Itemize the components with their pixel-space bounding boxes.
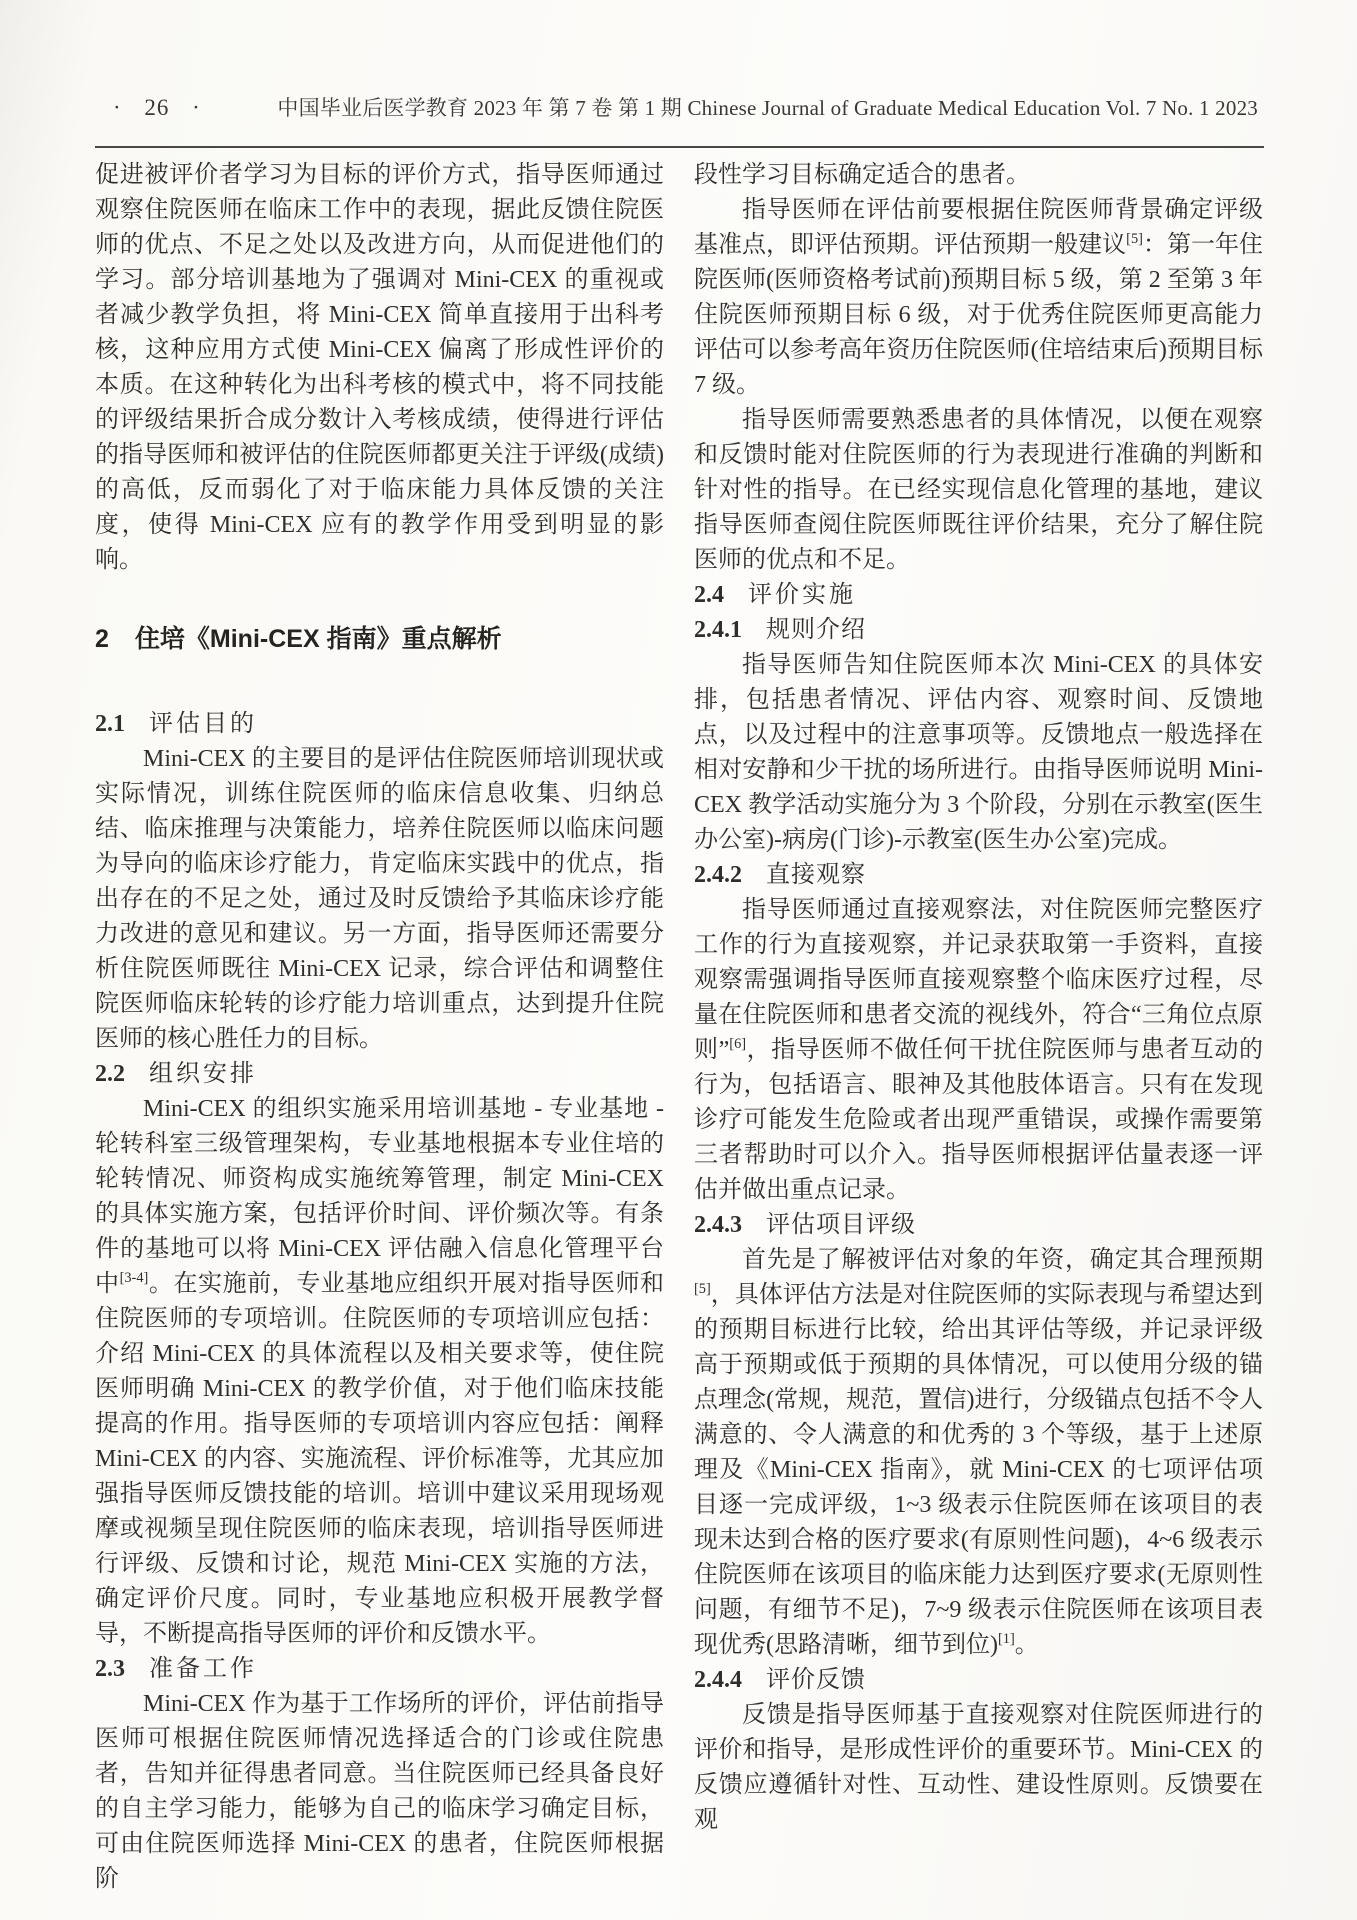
section-number: 2.4 [694, 582, 724, 608]
section-heading: 2.2组织安排 [95, 1057, 664, 1092]
section-heading: 2.3准备工作 [95, 1652, 664, 1687]
section-heading: 2.4.4评价反馈 [694, 1663, 1263, 1698]
paragraph: Mini-CEX 作为基于工作场所的评价，评估前指导医师可根据住院医师情况选择适… [95, 1687, 664, 1897]
paragraph: 首先是了解被评估对象的年资，确定其合理预期[5]，具体评估方法是对住院医师的实际… [694, 1243, 1263, 1663]
section-title: 评价反馈 [766, 1667, 866, 1693]
section-title: 住培《Mini-CEX 指南》重点解析 [135, 625, 502, 653]
column-left: 促进被评价者学习为目标的评价方式，指导医师通过观察住院医师在临床工作中的表现，据… [95, 158, 664, 1897]
citation-superscript: [5] [694, 1281, 711, 1297]
section-number: 2.1 [95, 711, 125, 737]
column-right: 段性学习目标确定适合的患者。指导医师在评估前要根据住院医师背景确定评级基准点，即… [694, 158, 1263, 1897]
section-title: 准备工作 [149, 1656, 257, 1682]
citation-superscript: [5] [1126, 231, 1143, 247]
section-heading: 2.4.3评估项目评级 [694, 1208, 1263, 1243]
section-number: 2.2 [95, 1061, 125, 1087]
section-number: 2.4.4 [694, 1667, 742, 1693]
section-heading: 2.1评估目的 [95, 707, 664, 742]
section-heading: 2.4.2直接观察 [694, 858, 1263, 893]
section-title: 评估目的 [149, 711, 257, 737]
section-title: 评估项目评级 [766, 1212, 916, 1238]
section-heading: 2住培《Mini-CEX 指南》重点解析 [95, 622, 664, 657]
paragraph: 段性学习目标确定适合的患者。 [694, 158, 1263, 193]
journal-title: 中国毕业后医学教育 2023 年 第 7 卷 第 1 期 Chinese Jou… [201, 92, 1262, 122]
section-number: 2 [95, 625, 109, 653]
page-header: · 26 · 中国毕业后医学教育 2023 年 第 7 卷 第 1 期 Chin… [95, 92, 1262, 122]
section-number: 2.4.3 [694, 1212, 742, 1238]
article-body: 促进被评价者学习为目标的评价方式，指导医师通过观察住院医师在临床工作中的表现，据… [95, 158, 1263, 1897]
section-number: 2.3 [95, 1656, 125, 1682]
citation-superscript: [1] [998, 1631, 1015, 1647]
page-number: · 26 · [113, 95, 201, 121]
section-number: 2.4.1 [694, 617, 742, 643]
section-title: 规则介绍 [766, 617, 866, 643]
paragraph: 促进被评价者学习为目标的评价方式，指导医师通过观察住院医师在临床工作中的表现，据… [95, 158, 664, 578]
section-title: 直接观察 [766, 862, 866, 888]
paragraph: Mini-CEX 的主要目的是评估住院医师培训现状或实际情况，训练住院医师的临床… [95, 742, 664, 1057]
section-heading: 2.4评价实施 [694, 578, 1263, 613]
section-title: 评价实施 [748, 582, 856, 608]
paragraph: 指导医师在评估前要根据住院医师背景确定评级基准点，即评估预期。评估预期一般建议[… [694, 193, 1263, 403]
paragraph: 指导医师通过直接观察法，对住院医师完整医疗工作的行为直接观察，并记录获取第一手资… [694, 893, 1263, 1208]
journal-page: · 26 · 中国毕业后医学教育 2023 年 第 7 卷 第 1 期 Chin… [0, 0, 1357, 1920]
section-number: 2.4.2 [694, 862, 742, 888]
paragraph: 指导医师需要熟悉患者的具体情况，以便在观察和反馈时能对住院医师的行为表现进行准确… [694, 403, 1263, 578]
paragraph: 反馈是指导医师基于直接观察对住院医师进行的评价和指导，是形成性评价的重要环节。M… [694, 1698, 1263, 1838]
citation-superscript: [3-4] [120, 1270, 149, 1286]
paragraph: Mini-CEX 的组织实施采用培训基地 - 专业基地 - 轮转科室三级管理架构… [95, 1092, 664, 1652]
citation-superscript: [6] [729, 1036, 746, 1052]
section-heading: 2.4.1规则介绍 [694, 613, 1263, 648]
section-title: 组织安排 [149, 1061, 257, 1087]
header-rule [95, 146, 1264, 148]
paragraph: 指导医师告知住院医师本次 Mini-CEX 的具体安排，包括患者情况、评估内容、… [694, 648, 1263, 858]
